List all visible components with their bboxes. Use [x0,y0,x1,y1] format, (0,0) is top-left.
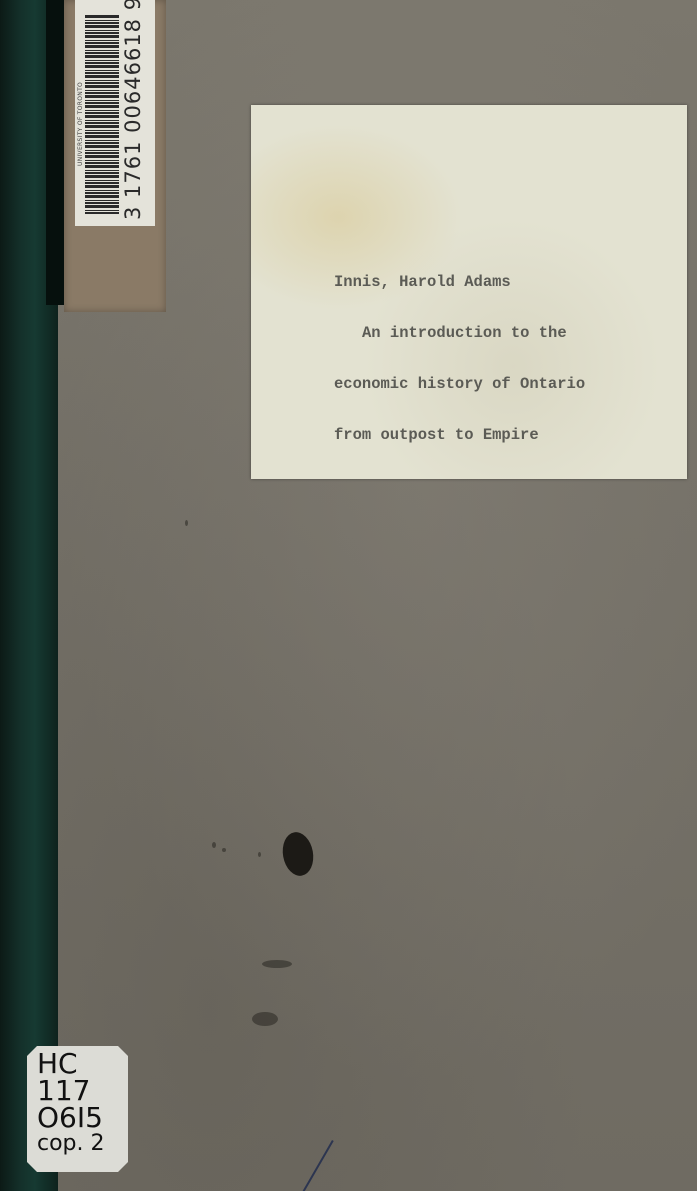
speck [185,520,188,526]
barcode-institution: UNIVERSITY OF TORONTO [77,82,84,166]
speck [222,848,226,852]
card-title-line-2: economic history of Ontario [334,376,585,393]
call-number-line: O6I5 [37,1104,105,1131]
barcode: UNIVERSITY OF TORONTO 3 1761 00646618 9 [75,0,155,226]
card-title-line-1: An introduction to the [334,325,585,342]
speck [252,1012,278,1026]
catalog-card: Innis, Harold Adams An introduction to t… [251,105,687,479]
call-number-label: HC 117 O6I5 cop. 2 [27,1046,128,1172]
call-number-line: HC [37,1050,105,1077]
card-title-line-3: from outpost to Empire [334,427,585,444]
catalog-card-text: Innis, Harold Adams An introduction to t… [334,240,585,478]
speck [212,842,216,848]
spine-shadow [46,0,66,305]
call-number-text: HC 117 O6I5 cop. 2 [37,1050,105,1157]
call-number-copy: cop. 2 [37,1131,105,1157]
speck [258,852,261,857]
speck [262,960,292,968]
barcode-number: 3 1761 00646618 9 [121,0,145,220]
call-number-line: 117 [37,1077,105,1104]
barcode-bars [85,14,119,214]
card-author: Innis, Harold Adams [334,274,585,291]
